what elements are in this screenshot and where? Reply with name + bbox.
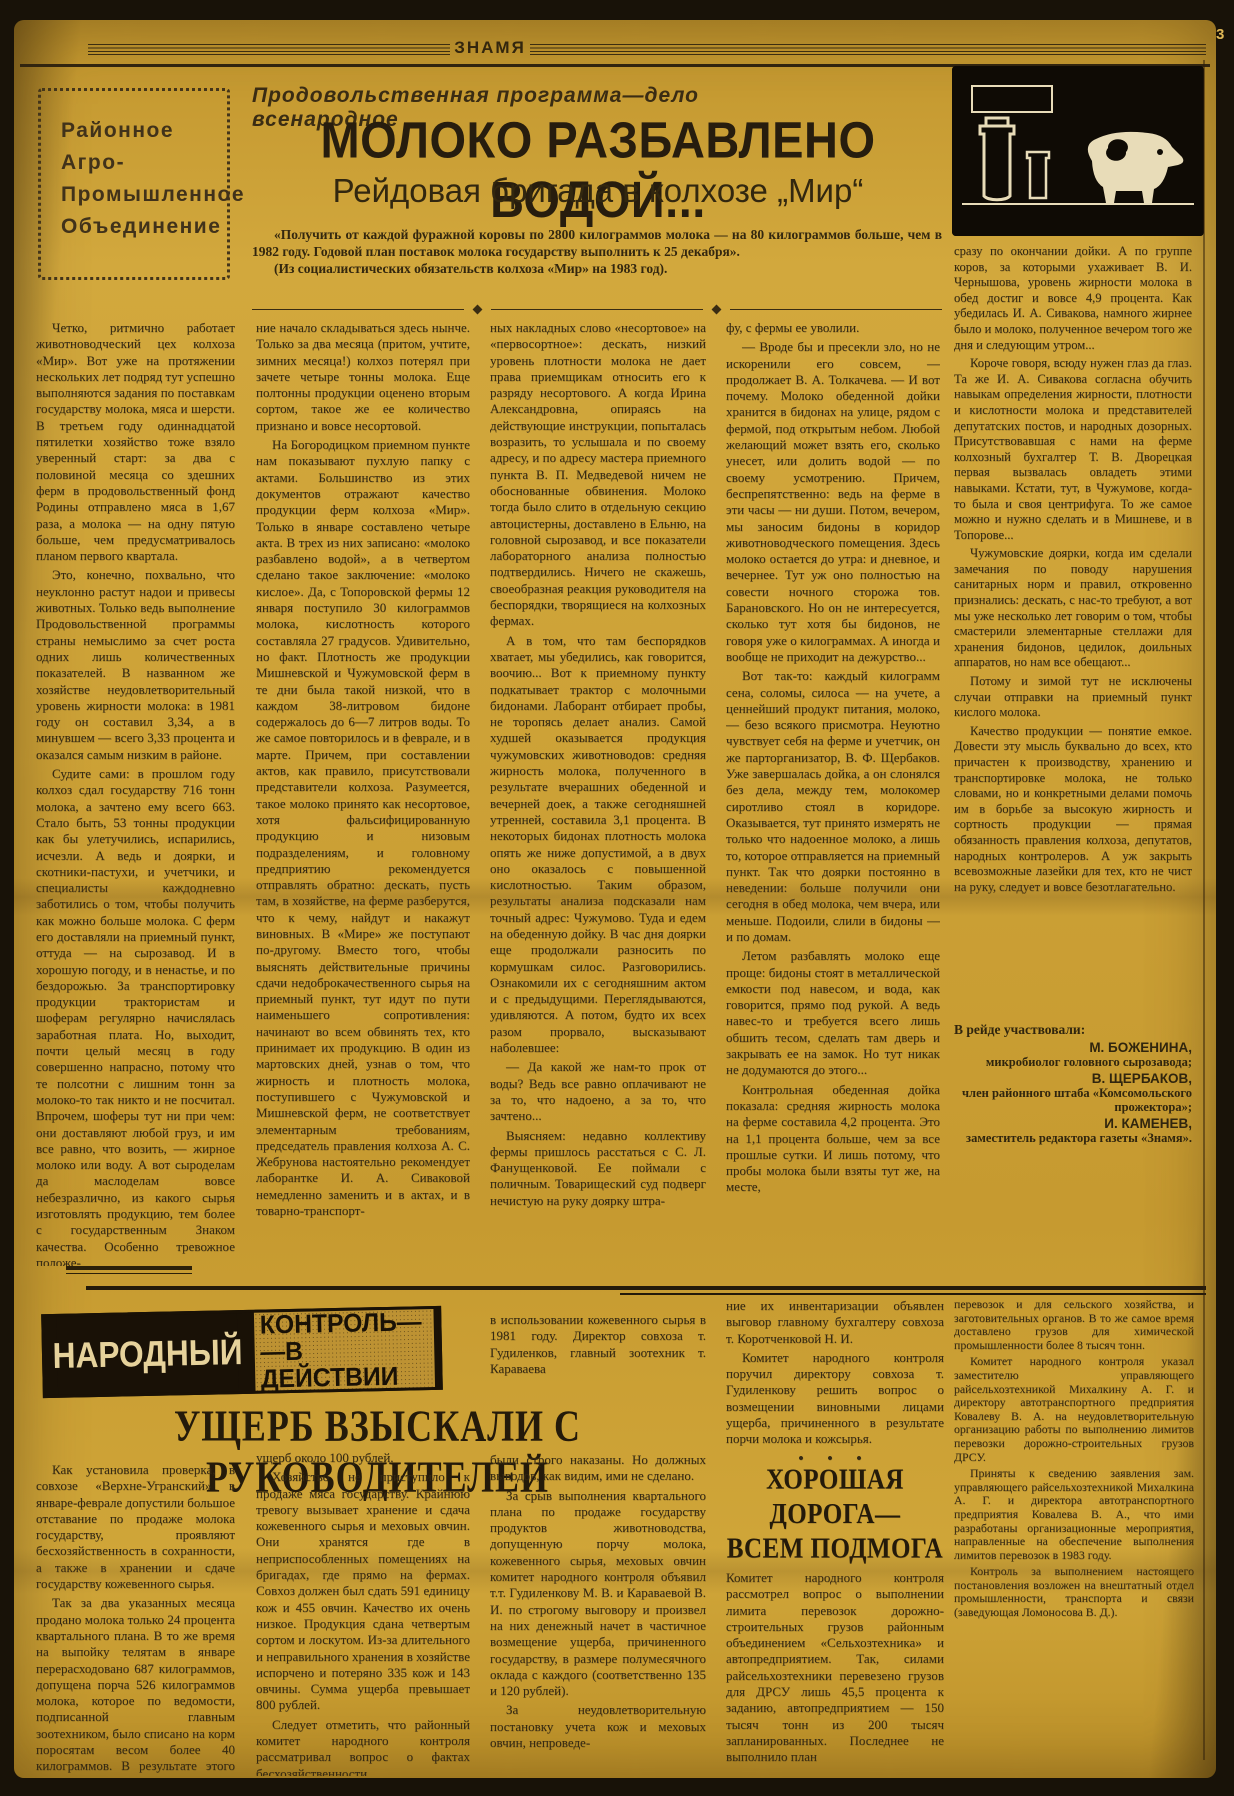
- ornament-diamond: [473, 305, 483, 315]
- paragraph: Потому и зимой тут не исключены случаи о…: [954, 674, 1192, 721]
- section-divider-rule: [86, 1286, 1206, 1290]
- good-road-headline-line-1: ХОРОШАЯ ДОРОГА—: [766, 1464, 904, 1530]
- section-divider-rule-thin: [620, 1293, 1206, 1295]
- ornament-line: [730, 309, 942, 311]
- paragraph: Летом разбавлять молоко еще проще: бидон…: [726, 948, 940, 1078]
- paragraph: Хозяйство не приступило к продаже мяса г…: [256, 1469, 470, 1713]
- paragraph: Комитет народного контроля поручил дирек…: [726, 1350, 944, 1448]
- paragraph: — Да какой же нам-то прок от воды? Ведь …: [490, 1059, 706, 1124]
- good-road-headline: ХОРОШАЯ ДОРОГА— ВСЕМ ПОДМОГА: [726, 1463, 944, 1567]
- column-d-top-text: ние их инвентаризации объявлен выговор г…: [726, 1298, 944, 1448]
- bottom-column-c-top: в использовании кожевенного сырья в 1981…: [490, 1312, 706, 1392]
- good-road-headline-line-2: ВСЕМ ПОДМОГА: [727, 1533, 943, 1564]
- paragraph: Чужумовские доярки, когда им сделали зам…: [954, 546, 1192, 671]
- paragraph: были строго наказаны. Но должных выводов…: [490, 1452, 706, 1485]
- paragraph: Приняты к сведению заявления зам. управл…: [954, 1467, 1194, 1562]
- paragraph: ние начало складываться здесь нынче. Тол…: [256, 320, 470, 434]
- banner-part-narodny: НАРОДНЫЙ: [57, 1313, 239, 1395]
- bottom-column-c: были строго наказаны. Но должных выводов…: [490, 1452, 706, 1776]
- paragraph: фу, с фермы ее уволили.: [726, 320, 940, 336]
- page-fold-line: [1203, 60, 1205, 1760]
- paragraph: Контрольная обеденная дойка показала: ср…: [726, 1082, 940, 1196]
- paragraph: Комитет народного контроля указал замест…: [954, 1355, 1194, 1464]
- paragraph: За неудовлетворительную постановку учета…: [490, 1702, 706, 1751]
- paragraph: Комитет народного контроля рассмотрел во…: [726, 1570, 944, 1766]
- article-subhead: Рейдовая бригада в колхозе „Мир“: [248, 172, 948, 210]
- paragraph: Промышленное: [61, 179, 219, 211]
- paragraph: Короче говоря, всюду нужен глаз да глаз.…: [954, 356, 1192, 543]
- article-epigraph: «Получить от каждой фуражной коровы по 2…: [252, 226, 942, 277]
- paragraph: Вот так-то: каждый килограмм сена, солом…: [726, 668, 940, 945]
- article-column-2: ние начало складываться здесь нынче. Тол…: [256, 320, 470, 1280]
- paragraph: ных накладных слово «несортовое» на «пер…: [490, 320, 706, 630]
- banner-line-2: —В ДЕЙСТВИИ: [260, 1334, 435, 1392]
- agro-association-box: РайонноеАгро-ПромышленноеОбъединение: [38, 88, 230, 280]
- paragraph: в использовании кожевенного сырья в 1981…: [490, 1312, 706, 1377]
- paragraph: перевозок и для сельского хозяйства, и з…: [954, 1298, 1194, 1352]
- illustration-drawing: [952, 66, 1204, 236]
- ornament-line: [252, 309, 464, 311]
- paragraph: сразу по окончании дойки. А по группе ко…: [954, 244, 1192, 353]
- main-headline: МОЛОКО РАЗБАВЛЕНО ВОДОЙ...: [248, 110, 948, 229]
- article-column-3: ных накладных слово «несортовое» на «пер…: [490, 320, 706, 1280]
- banner-part-kontrol: КОНТРОЛЬ— —В ДЕЙСТВИИ: [254, 1309, 435, 1391]
- paragraph: Так за два указанных месяца продано моло…: [36, 1595, 235, 1776]
- page-number: 3: [1216, 26, 1224, 43]
- masthead-rule-right: [530, 44, 1206, 57]
- paragraph: Судите сами: в прошлом году колхоз сдал …: [36, 766, 235, 1266]
- bottom-column-e: перевозок и для сельского хозяйства, и з…: [954, 1298, 1194, 1776]
- paragraph: Это, конечно, похвально, что неуклонно р…: [36, 567, 235, 763]
- ornament-divider: [252, 306, 942, 313]
- paragraph: На Богородицком приемном пункте нам пока…: [256, 437, 470, 1219]
- bottom-column-d: ние их инвентаризации объявлен выговор г…: [726, 1298, 944, 1776]
- paragraph: — Вроде бы и пресекли зло, но не искорен…: [726, 339, 940, 665]
- byline-name: М. БОЖЕНИНА,: [954, 1040, 1192, 1055]
- paragraph: Выясняем: недавно коллективу фермы пришл…: [490, 1128, 706, 1209]
- bottom-column-b: ущерб около 100 рублей.Хозяйство не прис…: [256, 1450, 470, 1776]
- bottom-column-a: Как установила проверка, в совхозе «Верх…: [36, 1462, 235, 1776]
- newspaper-title: ЗНАМЯ: [452, 38, 528, 58]
- paragraph: ние их инвентаризации объявлен выговор г…: [726, 1298, 944, 1347]
- paragraph: «Получить от каждой фуражной коровы по 2…: [252, 226, 942, 260]
- paragraph: (Из социалистических обязательств колхоз…: [252, 260, 942, 277]
- banner-line-1: КОНТРОЛЬ—: [260, 1307, 434, 1338]
- byline-role: член районного штаба «Комсомольского про…: [954, 1086, 1192, 1114]
- raid-participants-byline: В рейде участвовали: М. БОЖЕНИНА, микроб…: [954, 1022, 1192, 1147]
- paragraph: ущерб около 100 рублей.: [256, 1450, 470, 1466]
- masthead-rule-left: [88, 44, 450, 57]
- paragraph: Как установила проверка, в совхозе «Верх…: [36, 1462, 235, 1592]
- ornament-line: [491, 309, 703, 311]
- article-column-right: сразу по окончании дойки. А по группе ко…: [954, 244, 1192, 1018]
- byline-intro: В рейде участвовали:: [954, 1022, 1192, 1038]
- paragraph: За срыв выполнения квартального плана по…: [490, 1488, 706, 1700]
- article-column-4: фу, с фермы ее уволили.— Вроде бы и прес…: [726, 320, 940, 1280]
- byline-role: микробиолог головного сырозавода;: [954, 1055, 1192, 1069]
- column-d-bottom-text: Комитет народного контроля рассмотрел во…: [726, 1570, 944, 1766]
- byline-role: заместитель редактора газеты «Знамя».: [954, 1131, 1192, 1145]
- ornament-diamond: [712, 305, 722, 315]
- byline-name: В. ЩЕРБАКОВ,: [954, 1071, 1192, 1086]
- scanned-newspaper-page: ЗНАМЯ 3 РайонноеАгро-ПромышленноеОбъедин…: [0, 0, 1234, 1796]
- paragraph: Агро-: [61, 147, 219, 179]
- paragraph: А в том, что там беспорядков хватает, мы…: [490, 633, 706, 1057]
- paragraph: Качество продукции — понятие емкое. Дове…: [954, 724, 1192, 896]
- paragraph: Четко, ритмично работает животноводчески…: [36, 320, 235, 564]
- milk-cans-and-cow-illustration: [952, 66, 1204, 236]
- peoples-control-banner: НАРОДНЫЙ КОНТРОЛЬ— —В ДЕЙСТВИИ: [41, 1306, 443, 1398]
- paragraph: Районное: [61, 115, 219, 147]
- paragraph: Объединение: [61, 211, 219, 243]
- article-column-1: Четко, ритмично работает животноводчески…: [36, 320, 235, 1266]
- end-of-article-mark: [66, 1266, 192, 1274]
- byline-name: И. КАМЕНЕВ,: [954, 1116, 1192, 1131]
- paragraph: Следует отметить, что районный комитет н…: [256, 1717, 470, 1776]
- paragraph: Контроль за выполнением настоящего поста…: [954, 1565, 1194, 1619]
